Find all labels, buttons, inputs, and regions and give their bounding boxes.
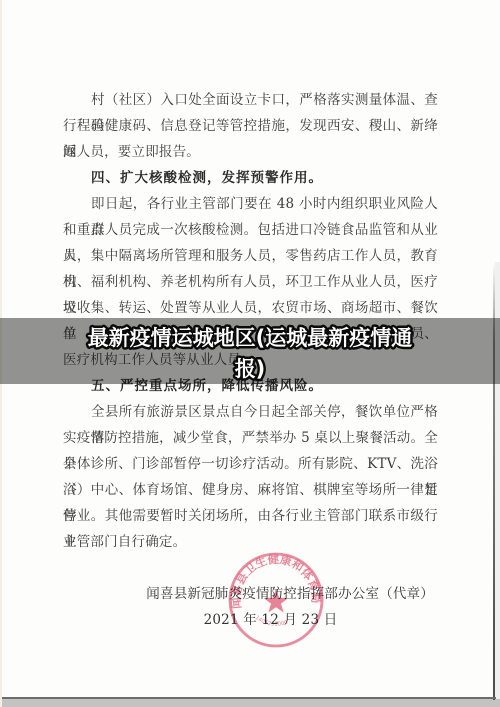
seal-star-icon [264,589,289,613]
doc-line: 个体诊所、门诊部暂停一切诊疗活动。所有影院、KTV、洗浴（足 [63,451,438,477]
doc-line: 实疫情防控措施，减少堂食，严禁举办 5 桌以上聚餐活动。全县 [63,425,438,451]
doc-line: 构、福利机构、养老机构所有人员，环卫工作从业人员，医疗垃 [63,269,438,295]
doc-line: 即日起，各行业主管部门要在 48 小时内组织职业风险人群 [63,191,438,217]
doc-line: 浴）中心、体育场馆、健身房、麻将馆、棋牌室等场所一律暂停 [63,477,438,503]
headline-overlay-band: 最新疫情运城地区(运城最新疫情通 报) [0,318,500,384]
doc-line: 和重点人员完成一次核酸检测。包括进口冷链食品监管和从业人 [63,217,438,243]
doc-line: 行程码健康码、信息登记等管控措施，发现西安、稷山、新绛返 [63,113,438,139]
headline-line1: 最新疫情运城地区(运城最新疫情通 [88,326,413,350]
doc-line: 营业。其他需要暂时关闭场所，由各行业主管部门联系市级行业 [63,503,438,529]
headline-text: 最新疫情运城地区(运城最新疫情通 报) [0,318,500,384]
doc-line: 闻人员，要立即报告。 [63,139,438,165]
official-seal-stamp: 闻喜县卫生健康和体育局 1405231000 [226,549,326,649]
paper-edge-background-bottom [0,699,500,707]
doc-line: 村（社区）入口处全面设立卡口，严格落实测量体温、查验 [63,87,438,113]
doc-line: 员，集中隔离场所管理和服务人员，零售药店工作人员，教育机 [63,243,438,269]
document-photo: 村（社区）入口处全面设立卡口，严格落实测量体温、查验 行程码健康码、信息登记等管… [0,0,500,707]
headline-line2: 报) [235,357,266,381]
seal-code: 1405231000 [254,615,289,628]
doc-heading-4: 四、扩大核酸检测，发挥预警作用。 [63,165,438,191]
paper-edge-bottom [0,697,496,699]
doc-line: 全县所有旅游景区景点自今日起全部关停，餐饮单位严格落 [63,399,438,425]
